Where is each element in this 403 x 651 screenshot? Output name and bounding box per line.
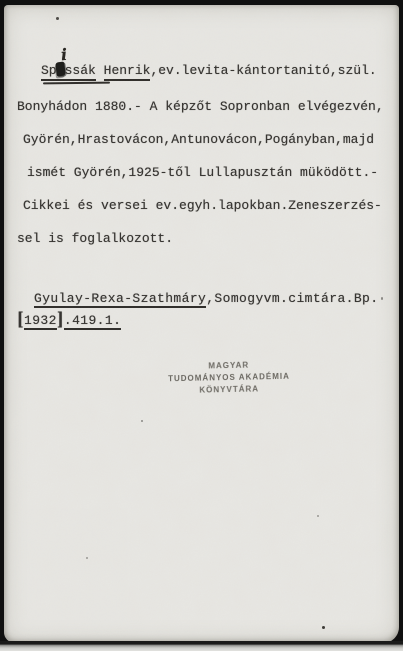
library-stamp: MAGYAR TUDOMÁNYOS AKADÉMIA KÖNYVTÁRA: [144, 358, 315, 398]
surname-suffix: ssák: [65, 63, 96, 78]
citation-line-1: Gyulay-Rexa-Szathmáry,Somogyvm.cimtára.B…: [34, 291, 399, 308]
citation-source: Gyulay-Rexa-Szathmáry: [34, 291, 206, 308]
body-line: ismét Györén,1925-től Lullapusztán müköd…: [27, 165, 399, 180]
entry-name-line: Spssák Henrik,ev.levita-kántortanitó,szü…: [41, 62, 399, 81]
name-line-rest: ,ev.levita-kántortanitó,szül.: [150, 63, 376, 78]
ink-blot-strikeover: [55, 62, 66, 77]
citation-line-2: [1932].419.1.: [17, 312, 399, 330]
bracket-close: ]: [57, 310, 64, 330]
surname-prefix: Sp: [41, 63, 57, 78]
ink-speck: [86, 557, 88, 559]
citation-rest: ,Somogyvm.cimtára.Bp.: [206, 291, 378, 306]
citation-pages: .419.1.: [64, 313, 121, 330]
ink-speck: [381, 297, 383, 300]
citation-year: 1932: [24, 313, 57, 330]
catalog-card: i Spssák Henrik,ev.levita-kántortanitó,s…: [4, 5, 399, 643]
first-name: Henrik: [104, 63, 151, 81]
bracket-open: [: [17, 310, 24, 330]
scan-background-edge: [0, 641, 403, 651]
dust-speck: [322, 626, 325, 629]
ink-speck: [141, 420, 143, 422]
space: [96, 63, 104, 78]
ink-speck: [317, 515, 319, 517]
body-line: sel is foglalkozott.: [17, 231, 399, 246]
body-line: Bonyhádon 1880.- A képzőt Sopronban elvé…: [17, 99, 399, 114]
body-line: Cikkei és versei ev.egyh.lapokban.Zenesz…: [23, 198, 399, 213]
body-line: Györén,Hrastovácon,Antunovácon,Pogányban…: [23, 132, 399, 147]
surname: Spssák: [41, 62, 96, 81]
ink-speck: [56, 17, 59, 20]
scanned-catalog-card-photo: { "card": { "correction_mark": "i", "ent…: [0, 0, 403, 651]
